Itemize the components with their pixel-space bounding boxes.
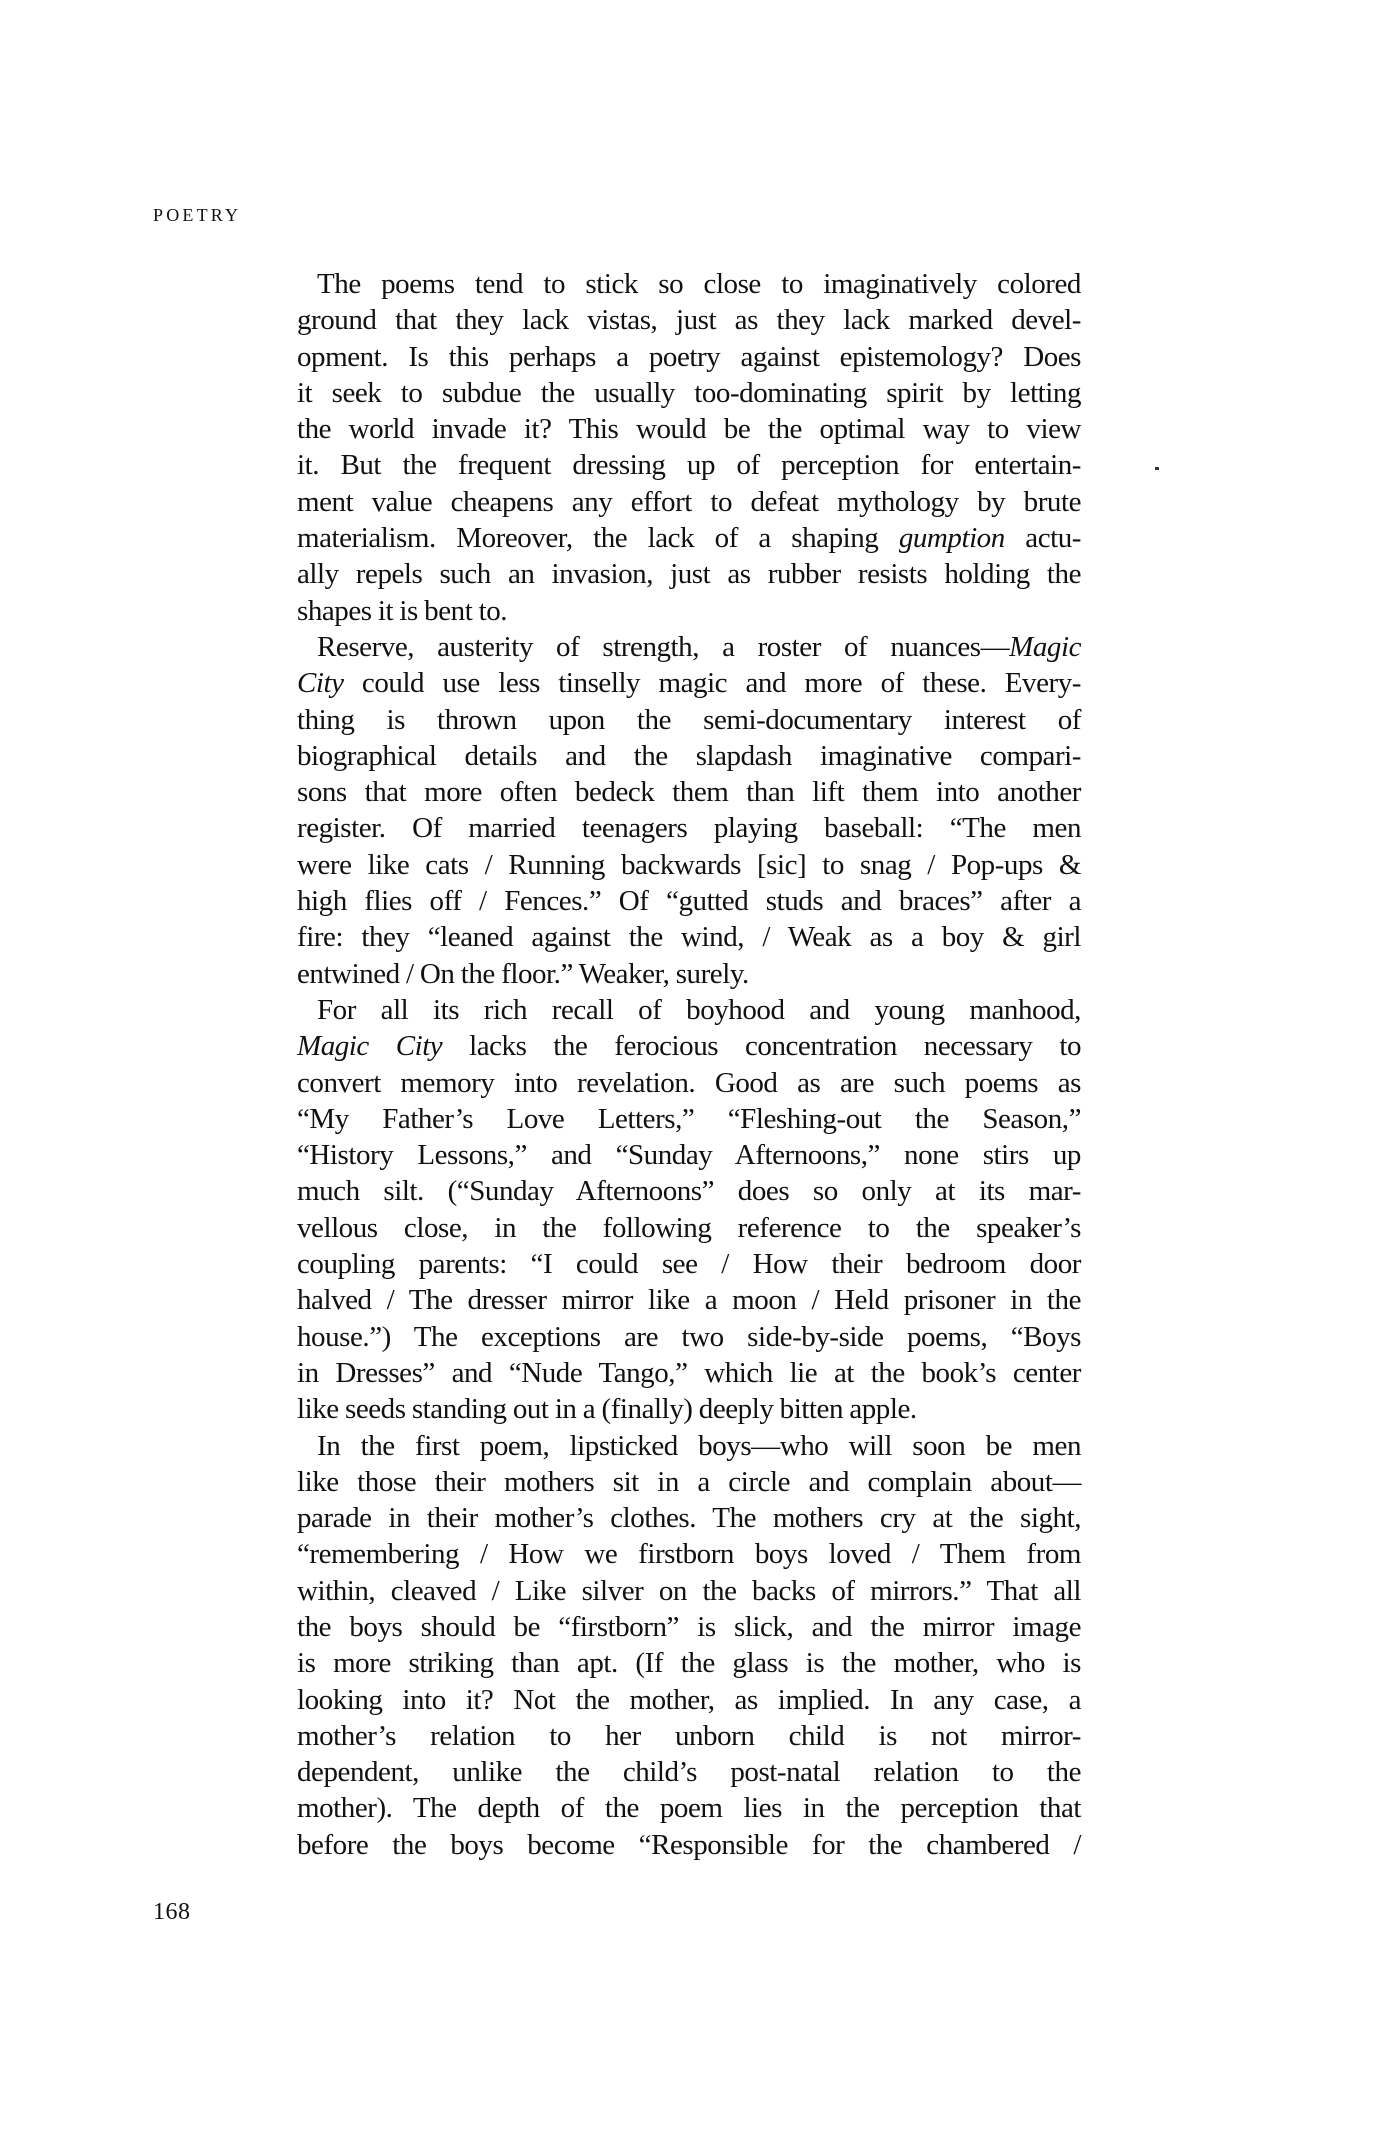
text-line: before the boys become “Responsible for … — [297, 1827, 1081, 1863]
text-line: it seek to subdue the usually too-domina… — [297, 375, 1081, 411]
text-line: parade in their mother’s clothes. The mo… — [297, 1500, 1081, 1536]
text-line: “My Father’s Love Letters,” “Fleshing-ou… — [297, 1101, 1081, 1137]
text-line: opment. Is this perhaps a poetry against… — [297, 339, 1081, 375]
paragraph: For all its rich recall of boyhood and y… — [297, 992, 1081, 1428]
text-line: house.”) The exceptions are two side-by-… — [297, 1319, 1081, 1355]
text-line: the boys should be “firstborn” is slick,… — [297, 1609, 1081, 1645]
text-line: ground that they lack vistas, just as th… — [297, 302, 1081, 338]
text-line: biographical details and the slapdash im… — [297, 738, 1081, 774]
text-line: looking into it? Not the mother, as impl… — [297, 1682, 1081, 1718]
text-line: high flies off / Fences.” Of “gutted stu… — [297, 883, 1081, 919]
text-line: City could use less tinselly magic and m… — [297, 665, 1081, 701]
text-line: “remembering / How we firstborn boys lov… — [297, 1536, 1081, 1572]
text-line: mother’s relation to her unborn child is… — [297, 1718, 1081, 1754]
text-line: Magic City lacks the ferocious concentra… — [297, 1028, 1081, 1064]
text-line: ment value cheapens any effort to defeat… — [297, 484, 1081, 520]
text-line: thing is thrown upon the semi-documentar… — [297, 702, 1081, 738]
text-line: is more striking than apt. (If the glass… — [297, 1645, 1081, 1681]
italic-title: Magic — [1009, 631, 1081, 663]
text-line: shapes it is bent to. — [297, 593, 1081, 629]
text-line: in Dresses” and “Nude Tango,” which lie … — [297, 1355, 1081, 1391]
text-line: convert memory into revelation. Good as … — [297, 1065, 1081, 1101]
text-line: fire: they “leaned against the wind, / W… — [297, 919, 1081, 955]
italic-title: Magic City — [297, 1030, 442, 1062]
text-line: ally repels such an invasion, just as ru… — [297, 556, 1081, 592]
stray-ink-mark — [1155, 467, 1159, 470]
text-line: coupling parents: “I could see / How the… — [297, 1246, 1081, 1282]
book-page: POETRY The poems tend to stick so close … — [0, 0, 1400, 2154]
text-line: the world invade it? This would be the o… — [297, 411, 1081, 447]
paragraph: In the first poem, lipsticked boys—who w… — [297, 1428, 1081, 1864]
text-line: it. But the frequent dressing up of perc… — [297, 447, 1081, 483]
text-line: materialism. Moreover, the lack of a sha… — [297, 520, 1081, 556]
italic-title: gumption — [899, 522, 1005, 554]
text-line: like seeds standing out in a (finally) d… — [297, 1391, 1081, 1427]
body-text: The poems tend to stick so close to imag… — [297, 266, 1081, 1863]
text-line: dependent, unlike the child’s post-natal… — [297, 1754, 1081, 1790]
paragraph: The poems tend to stick so close to imag… — [297, 266, 1081, 629]
text-line: much silt. (“Sunday Afternoons” does so … — [297, 1173, 1081, 1209]
text-line: register. Of married teenagers playing b… — [297, 810, 1081, 846]
running-head: POETRY — [153, 203, 241, 227]
text-line: “History Lessons,” and “Sunday Afternoon… — [297, 1137, 1081, 1173]
text-line: entwined / On the floor.” Weaker, surely… — [297, 956, 1081, 992]
page-number: 168 — [153, 1897, 191, 1927]
text-line: within, cleaved / Like silver on the bac… — [297, 1573, 1081, 1609]
text-line: For all its rich recall of boyhood and y… — [297, 992, 1081, 1028]
text-line: were like cats / Running backwards [sic]… — [297, 847, 1081, 883]
text-line: vellous close, in the following referenc… — [297, 1210, 1081, 1246]
text-line: In the first poem, lipsticked boys—who w… — [297, 1428, 1081, 1464]
text-line: sons that more often bedeck them than li… — [297, 774, 1081, 810]
paragraph: Reserve, austerity of strength, a roster… — [297, 629, 1081, 992]
text-line: The poems tend to stick so close to imag… — [297, 266, 1081, 302]
text-line: Reserve, austerity of strength, a roster… — [297, 629, 1081, 665]
text-line: mother). The depth of the poem lies in t… — [297, 1790, 1081, 1826]
text-line: halved / The dresser mirror like a moon … — [297, 1282, 1081, 1318]
italic-title: City — [297, 667, 344, 699]
text-line: like those their mothers sit in a circle… — [297, 1464, 1081, 1500]
